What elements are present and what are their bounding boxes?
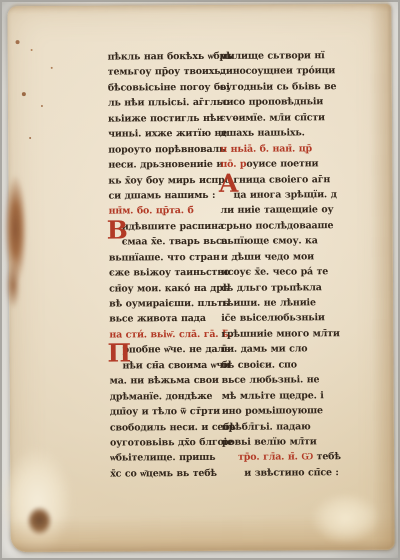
- body-text: бѣсовьісьіне погоу бьі: [108, 82, 230, 94]
- text-line: г̄и. дамь ми сло: [221, 341, 335, 357]
- body-text: сѣ дльго трьпѣкла: [221, 282, 322, 294]
- text-line: лисо проповѣдньіи: [220, 94, 334, 110]
- body-text: и звѣстино сп̄се :: [244, 467, 339, 479]
- text-line: оуготовьівь дх̄о блгоіе: [110, 435, 220, 451]
- text-line: диносоущнеи тро́ици: [220, 64, 334, 80]
- text-line: іс̄е вьіселюбьзньіи: [221, 311, 335, 327]
- body-text: идѣвшите распина: [122, 221, 224, 233]
- text-line: ли ниіе тащещиіе оу: [221, 203, 335, 219]
- body-text: гница своіего аг̄н: [233, 174, 330, 186]
- body-text: милище сьтвори нї: [220, 50, 325, 62]
- text-line: вѣ оумираієши. пльть: [109, 296, 219, 312]
- text-line: темьгоу пр̄оу твоихь.: [108, 64, 218, 80]
- illuminated-initial: В: [107, 217, 128, 242]
- body-text: єже вьіжоу таиньство: [109, 267, 230, 279]
- body-text: кь х̄оу б̄оу мирь испро: [108, 174, 230, 186]
- text-column-right: милище сьтвори нїдиносоущнеи тро́ициоуго…: [220, 48, 337, 481]
- body-text: оуготовьівь дх̄о блгоіе: [110, 437, 233, 449]
- text-line: срьно послѣдовааше: [221, 218, 335, 234]
- text-line: ѡбьітелище. пришь: [110, 450, 220, 466]
- body-text: чиньі. ихже житїю не: [108, 128, 227, 140]
- body-text: исоує х̄е. чесо ра́ те: [221, 266, 328, 278]
- body-text: ль нѣи пльісьі. аг̄гльс: [108, 97, 229, 109]
- manuscript-photo: пѣкль нан бокѣхь ѡбрѣтемьгоу пр̄оу твоих…: [0, 0, 400, 560]
- text-line: си дшамь нашимь :: [108, 188, 218, 204]
- body-text: лисо проповѣдньіи: [220, 97, 323, 109]
- body-text: и дѣши чедо мои: [221, 251, 314, 263]
- stain-blob-bottom-right: [310, 492, 380, 544]
- text-line: исоує х̄е. чесо ра́ те: [221, 264, 335, 280]
- text-line: кь х̄оу б̄оу мирь испро: [108, 172, 218, 188]
- text-line: дшахь нашьіхь.: [220, 125, 334, 141]
- body-text: бѣ своієи. спо: [221, 359, 296, 370]
- text-line: Видѣвшите распина: [109, 219, 219, 235]
- text-line: єѵѳимїе. мл̄и сп̄сти: [220, 110, 334, 126]
- text-line: вьсе живота пада: [109, 311, 219, 327]
- body-text: мѣ мльіте щедре. і: [222, 390, 324, 402]
- body-text: ѡбьітелище. пришь: [110, 452, 215, 464]
- body-text: х̄с со ѡ̄цемь вь тебѣ: [110, 468, 217, 480]
- text-line: дш̄оу и тѣло ѿ ст̄рти: [110, 404, 220, 420]
- body-text: оугодньіи сь бьівь ве: [220, 81, 337, 93]
- text-line: кьіиже постигль нѣи: [108, 111, 218, 127]
- manuscript-page: пѣкль нан бокѣхь ѡбрѣтемьгоу пр̄оу твоих…: [7, 4, 394, 552]
- body-text: іс̄е вьіселюбьзньіи: [221, 313, 325, 325]
- body-text: вьпнїаше. что стран: [109, 252, 220, 264]
- bottom-edge-shading: [10, 516, 394, 552]
- body-text: дрѣманїе. дондѣже: [110, 391, 213, 403]
- text-line: тѣиши. не лѣниіе: [221, 295, 335, 311]
- body-text: вѣ оумираієши. пльть: [109, 298, 229, 310]
- text-line: єже вьіжоу таиньство: [109, 265, 219, 281]
- body-text: прѣбл̄гьі. падаю: [222, 421, 311, 433]
- worn-corner-bottom-left: [2, 446, 73, 556]
- text-line: свободиль неси. и себѣ: [110, 419, 220, 435]
- text-line: вьпнїаше. что стран: [109, 250, 219, 266]
- text-line: прѣбл̄гьі. падаю: [222, 419, 336, 435]
- text-line: сѣ дльго трьпѣкла: [221, 280, 335, 296]
- body-text: рпобне ѡ̄че. не даль: [122, 344, 230, 356]
- text-line: дрѣманїе. дондѣже: [110, 389, 220, 405]
- body-text: нѣи сн̄а своима ѡчи: [123, 360, 231, 372]
- right-edge-shading: [369, 4, 394, 550]
- rubric-text: Ѡ: [301, 452, 313, 463]
- stain-spot-bottom-left: [26, 506, 52, 536]
- illuminated-initial: А: [218, 170, 238, 195]
- body-text: си дшамь нашимь :: [108, 190, 215, 202]
- text-line: оугодньіи сь бьівь ве: [220, 79, 334, 95]
- text-line: и дѣши чедо мои: [221, 249, 335, 265]
- text-line: сн̄оу мои. како́ на дрѣ: [109, 280, 219, 296]
- text-line: бѣ своієи. спо: [221, 357, 335, 373]
- body-text: вьсе живота пада: [109, 313, 206, 325]
- text-line: пѣкль нан бокѣхь ѡбрѣ: [108, 49, 218, 65]
- body-text: вьсе любьзньі. не: [222, 374, 320, 386]
- text-line: вьсе любьзньі. не: [222, 372, 336, 388]
- body-text: ли ниіе тащещиіе оу: [221, 205, 334, 217]
- body-text: оуисе поетни: [246, 158, 318, 169]
- body-text: темьгоу пр̄оу твоихь.: [108, 66, 224, 78]
- body-text: кьіиже постигль нѣи: [108, 113, 223, 125]
- rubric-text: тр̄о. гл̄а. н̄.: [238, 452, 301, 463]
- text-line: Прпобне ѡ̄че. не даль: [109, 342, 219, 358]
- body-text: дшахь нашьіхь.: [220, 128, 305, 140]
- body-text: ма. ни вѣжьма свои: [110, 375, 219, 387]
- stain-left-edge: [4, 174, 27, 284]
- body-text: дш̄оу и тѣло ѿ ст̄рти: [110, 406, 220, 418]
- text-line: мѣ мльіте щедре. і: [222, 388, 336, 404]
- text-line: милище сьтвори нї: [220, 48, 334, 64]
- body-text: сн̄оу мои. како́ на дрѣ: [109, 282, 229, 294]
- body-text: тѣиши. не лѣниіе: [221, 297, 316, 309]
- text-line: чиньі. ихже житїю не: [108, 126, 218, 142]
- body-text: тебѣ: [313, 452, 341, 463]
- text-line: ино ромьішоуюше: [222, 403, 336, 419]
- stain-left-edge-small: [6, 261, 20, 309]
- text-column-left: пѣкль нан бокѣхь ѡбрѣтемьгоу пр̄оу твоих…: [108, 49, 221, 482]
- text-line: Агница своіего аг̄н: [220, 172, 334, 188]
- text-line: х̄с со ѡ̄цемь вь тебѣ: [110, 466, 220, 482]
- body-text: єѵѳимїе. мл̄и сп̄сти: [220, 112, 325, 124]
- body-text: пороуто порѣвноваль: [108, 143, 225, 155]
- text-line: бѣсовьісьіне погоу бьі: [108, 80, 218, 96]
- text-line: и звѣстино сп̄се :: [222, 465, 336, 481]
- text-line: ма. ни вѣжьма свои: [110, 373, 220, 389]
- body-text: г̄и. дамь ми сло: [221, 344, 307, 356]
- body-text: ровьі велїю мл̄ти: [222, 436, 317, 448]
- body-text: срьно послѣдовааше: [221, 220, 334, 232]
- body-text: вьпїюще ємоу. ка: [221, 236, 318, 248]
- body-text: неси. дрьзновениіе и: [108, 159, 223, 171]
- body-text: свободиль неси. и себѣ: [110, 421, 236, 433]
- body-text: диносоущнеи тро́ици: [220, 66, 335, 78]
- body-text: ца инога зрѣщїи. д: [233, 189, 336, 201]
- text-line: пороуто порѣвноваль: [108, 142, 218, 158]
- body-text: пѣкль нан бокѣхь ѡбрѣ: [108, 51, 233, 63]
- text-line: тр̄о. гл̄а. н̄. Ѡ тебѣ: [222, 450, 336, 466]
- text-line: неси. дрьзновениіе и: [108, 157, 218, 173]
- body-text: ємаа х̄е. тварь вьса: [122, 236, 228, 248]
- rubric-text: н ньіа̄. б̄. нан̄. цр̄: [220, 143, 312, 155]
- illuminated-initial: П: [107, 341, 131, 366]
- body-text: грѣшниіе много мл̄ти: [221, 328, 339, 340]
- top-edge-shading: [7, 2, 391, 14]
- body-text: ино ромьішоуюше: [222, 405, 323, 417]
- text-line: грѣшниіе много мл̄ти: [221, 326, 335, 342]
- text-line: ль нѣи пльісьі. аг̄гльс: [108, 95, 218, 111]
- text-line: ровьі велїю мл̄ти: [222, 434, 336, 450]
- text-line: вьпїюще ємоу. ка: [221, 233, 335, 249]
- stain-freckles-top-left: [16, 40, 20, 44]
- text-line: н ньіа̄. б̄. нан̄. цр̄: [220, 141, 334, 157]
